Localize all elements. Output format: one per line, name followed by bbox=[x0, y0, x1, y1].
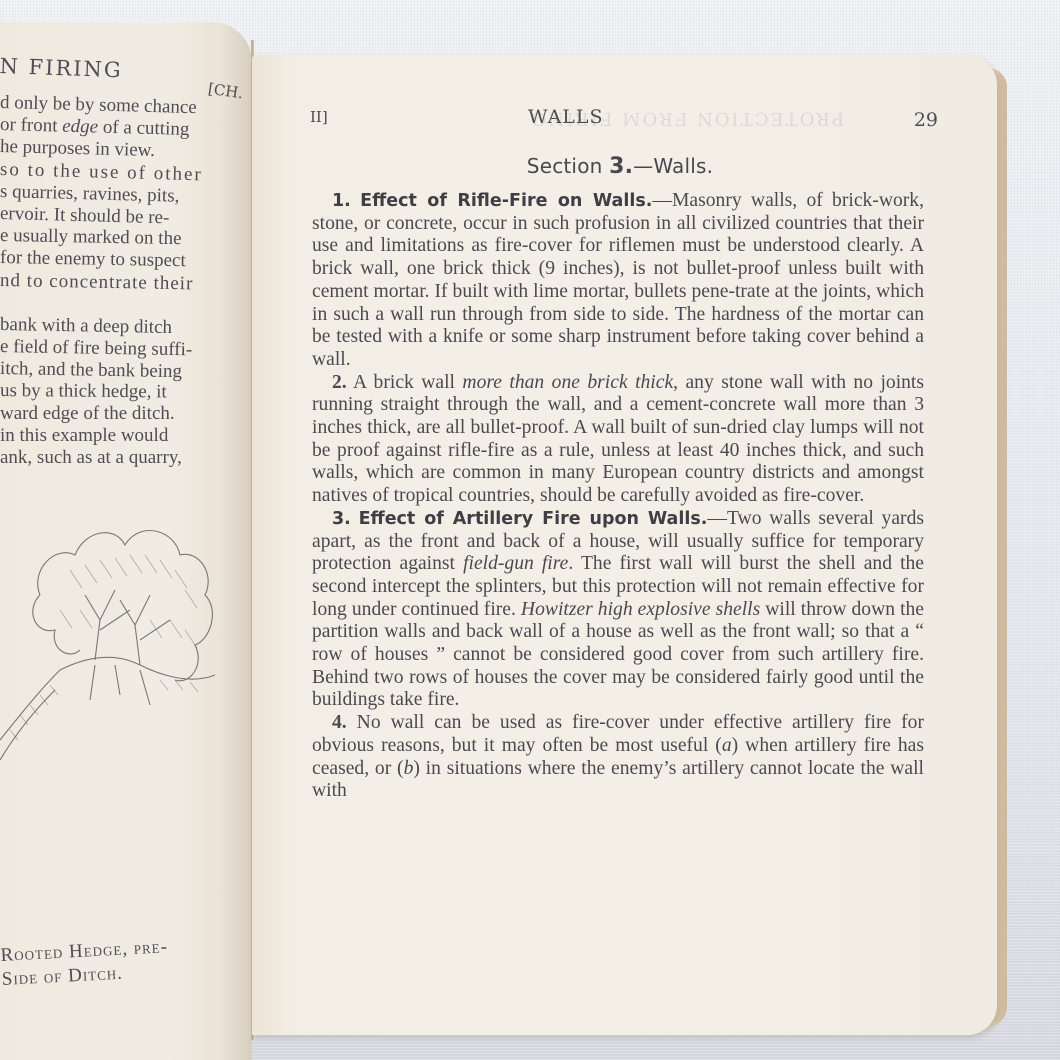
paragraph-3: 3. Effect of Artillery Fire upon Walls.—… bbox=[312, 508, 924, 712]
paragraph-heading: Effect of Artillery Fire upon Walls. bbox=[359, 509, 708, 529]
running-head-title: WALLS bbox=[528, 106, 604, 128]
text-line: ank, such as at a quarry, bbox=[0, 447, 240, 469]
paragraph-heading: Effect of Rifle-Fire on Walls. bbox=[360, 191, 652, 211]
italic-phrase: field-gun fire bbox=[463, 553, 568, 574]
paragraph-1: 1. Effect of Rifle-Fire on Walls.—Masonr… bbox=[312, 190, 924, 372]
text-line: us by a thick hedge, it bbox=[0, 380, 240, 404]
chapter-marker: II] bbox=[310, 108, 328, 126]
running-header: II] WALLS 29 bbox=[310, 106, 950, 134]
hedge-illustration bbox=[0, 500, 240, 800]
left-page-text: d only be by some chance or front edge o… bbox=[0, 92, 240, 469]
text-line: ward edge of the ditch. bbox=[0, 403, 240, 425]
page-body: 1. Effect of Rifle-Fire on Walls.—Masonr… bbox=[312, 190, 924, 803]
paragraph-4: 4. No wall can be used as fire-cover und… bbox=[312, 712, 924, 803]
section-title: Section 3.—Walls. bbox=[300, 154, 940, 179]
page-number: 29 bbox=[914, 109, 938, 131]
paragraph-2: 2. A brick wall more than one brick thic… bbox=[312, 372, 924, 508]
paragraph-number: 2. bbox=[332, 372, 347, 393]
italic-phrase: Howitzer high explosive shells bbox=[521, 599, 760, 620]
text-line: nd to concentrate their bbox=[0, 270, 240, 296]
section-number: 3. bbox=[609, 154, 633, 179]
paragraph-number: 1. bbox=[332, 191, 351, 211]
italic-word: edge bbox=[62, 116, 98, 138]
left-running-head: N FIRING bbox=[0, 54, 123, 82]
paragraph-number: 4. bbox=[332, 712, 347, 733]
text-line: in this example would bbox=[0, 425, 240, 447]
italic-phrase: more than one brick thick bbox=[462, 372, 673, 393]
paragraph-number: 3. bbox=[332, 509, 351, 529]
